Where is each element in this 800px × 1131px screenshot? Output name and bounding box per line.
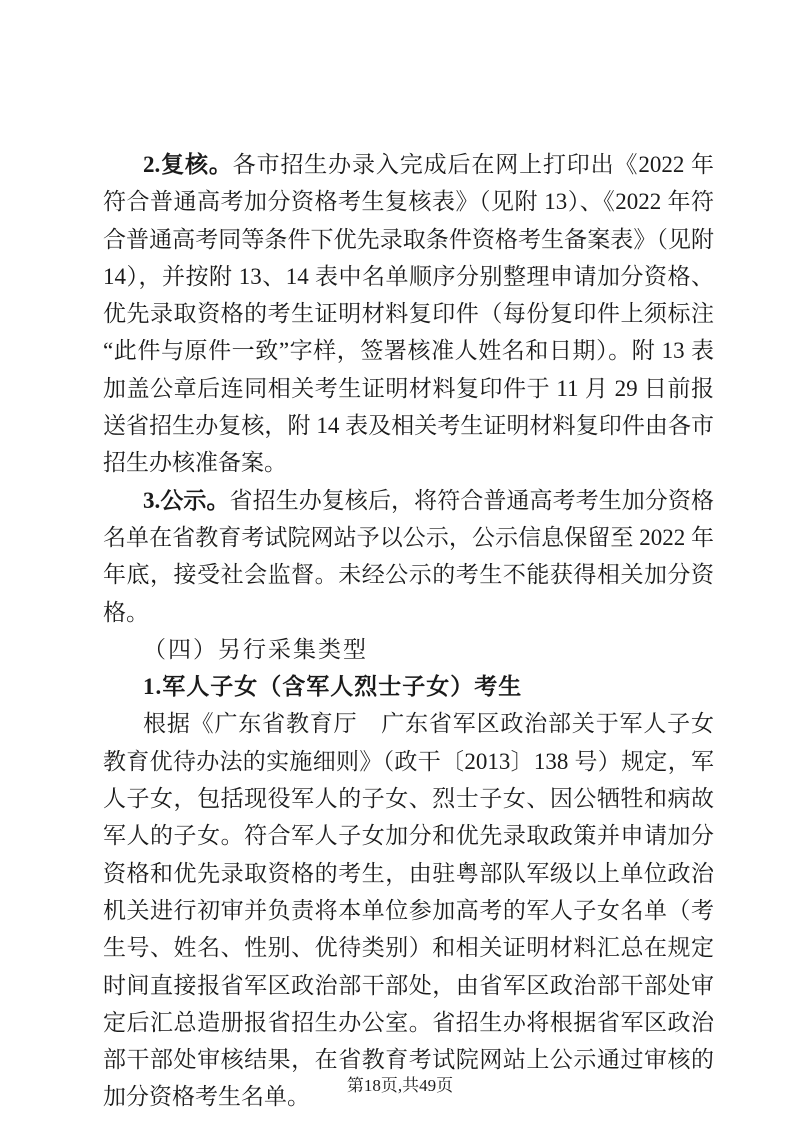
section-four-heading: （四）另行采集类型	[103, 631, 714, 668]
paragraph-publicity-lead: 3.公示。	[143, 488, 230, 513]
paragraph-publicity: 3.公示。省招生办复核后，将符合普通高考考生加分资格名单在省教育考试院网站予以公…	[103, 482, 714, 631]
paragraph-military-children: 根据《广东省教育厅 广东省军区政治部关于军人子女教育优待办法的实施细则》（政干〔…	[103, 705, 714, 1115]
document-page: 2.复核。各市招生办录入完成后在网上打印出《2022 年符合普通高考加分资格考生…	[0, 0, 800, 1131]
document-body: 2.复核。各市招生办录入完成后在网上打印出《2022 年符合普通高考加分资格考生…	[103, 146, 714, 1116]
page-number-indicator: 第18页,共49页	[347, 1076, 453, 1095]
paragraph-review: 2.复核。各市招生办录入完成后在网上打印出《2022 年符合普通高考加分资格考生…	[103, 146, 714, 482]
military-children-heading: 1.军人子女（含军人烈士子女）考生	[103, 668, 714, 705]
paragraph-review-lead: 2.复核。	[143, 152, 233, 177]
paragraph-review-text: 各市招生办录入完成后在网上打印出《2022 年符合普通高考加分资格考生复核表》（…	[103, 152, 714, 475]
page-footer: 第18页,共49页	[0, 1074, 800, 1098]
